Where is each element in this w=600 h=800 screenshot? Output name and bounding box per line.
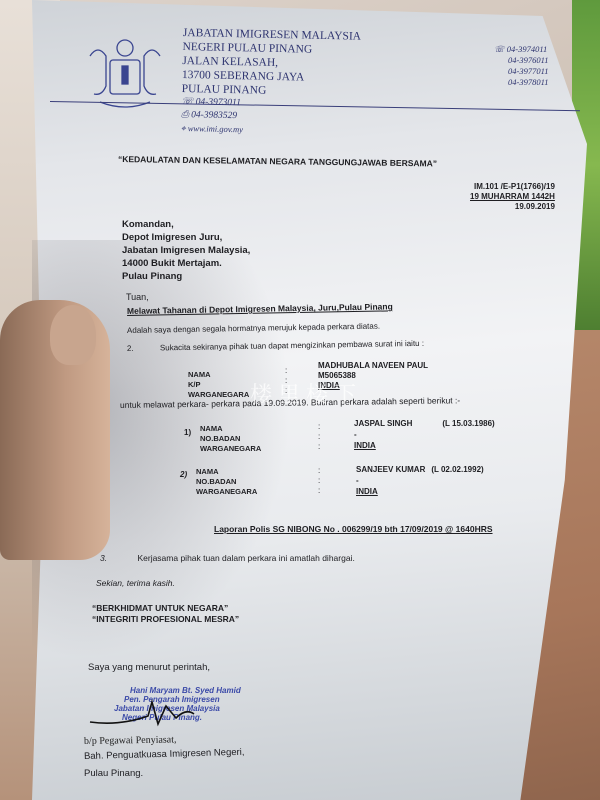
- reference-number: IM.101 /E-P1(1766)/19: [470, 182, 555, 192]
- phone-number: 04-3974011: [507, 44, 547, 54]
- label: NO.BADAN: [196, 477, 257, 487]
- watermark: 楼里楼下: [250, 378, 362, 409]
- item-number: 1): [184, 428, 191, 437]
- signatory-division: Bah. Penguatkuasa Imigresen Negeri,: [84, 747, 245, 762]
- agency-address: JABATAN IMIGRESEN MALAYSIA NEGERI PULAU …: [181, 26, 361, 138]
- paragraph-1: Adalah saya dengan segala hormatnya meru…: [127, 322, 380, 335]
- additional-phones: ☏ 04-3974011 04-3976011 04-3977011 04-39…: [494, 44, 548, 88]
- detainee-1-values: JASPAL SINGH(L 15.03.1986) - INDIA: [354, 418, 495, 451]
- telephone-icon: ☏: [181, 97, 193, 107]
- paragraph-number: 3.: [100, 553, 107, 563]
- mouse-icon: ⌖: [181, 123, 186, 133]
- letter-subject: Melawat Tahanan di Depot Imigresen Malay…: [127, 301, 393, 316]
- slogan: “BERKHIDMAT UNTUK NEGARA”: [92, 603, 239, 614]
- detainee-2-values: SANJEEV KUMAR(L 02.02.1992) - INDIA: [356, 464, 484, 497]
- paragraph-3: 3. Kerjasama pihak tuan dalam perkara in…: [100, 553, 355, 563]
- signatory-location: Pulau Pinang.: [84, 768, 143, 779]
- paragraph-number: 2.: [127, 344, 134, 353]
- paragraph-text: Kerjasama pihak tuan dalam perkara ini a…: [137, 553, 354, 563]
- label: NAMA: [196, 467, 257, 477]
- fax-icon: ⎙: [181, 110, 189, 120]
- detainee-name: JASPAL SINGH: [354, 419, 412, 428]
- recipient-line: Depot Imigresen Juru,: [122, 231, 250, 244]
- slogans: “BERKHIDMAT UNTUK NEGARA” “INTEGRITI PRO…: [92, 603, 239, 625]
- colons: :::: [318, 466, 320, 496]
- national-motto: “KEDAULATAN DAN KESELAMATAN NEGARA TANGG…: [118, 154, 437, 168]
- detainee-body-number: -: [356, 475, 484, 486]
- hijri-date: 19 MUHARRAM 1442H: [470, 192, 555, 202]
- recipient-line: Jabatan Imigresen Malaysia,: [122, 244, 250, 257]
- signatory-title: b/p Pegawai Penyiasat,: [84, 734, 177, 747]
- colons: :::: [318, 422, 320, 452]
- police-report-reference: Laporan Polis SG NIBONG No . 006299/19 b…: [214, 524, 493, 534]
- detainee-body-number: -: [354, 429, 495, 440]
- letter-document: JABATAN IMIGRESEN MALAYSIA NEGERI PULAU …: [0, 0, 600, 800]
- phone-number: 04-3976011: [508, 55, 548, 66]
- fax-number: 04-3983529: [191, 110, 237, 121]
- detainee-dob: (L 15.03.1986): [442, 419, 494, 428]
- item-number: 2): [180, 470, 187, 479]
- detainee-2-labels: NAMA NO.BADAN WARGANEGARA: [196, 467, 257, 497]
- label: K/P: [188, 380, 249, 390]
- detainee-1-labels: NAMA NO.BADAN WARGANEGARA: [200, 424, 261, 454]
- sign-off: Saya yang menurut perintah,: [88, 662, 210, 673]
- label: WARGANEGARA: [200, 444, 261, 454]
- website-link[interactable]: www.imi.gov.my: [188, 123, 243, 134]
- detainee-dob: (L 02.02.1992): [431, 465, 483, 474]
- bearer-labels: NAMA K/P WARGANEGARA: [188, 370, 249, 400]
- detainee-nationality: INDIA: [354, 440, 495, 451]
- recipient-line: Pulau Pinang: [122, 270, 250, 283]
- recipient-line: Komandan,: [122, 218, 250, 231]
- phone-number: 04-3978011: [508, 77, 548, 88]
- bearer-name: MADHUBALA NAVEEN PAUL: [318, 361, 428, 371]
- closing-remark: Sekian, terima kasih.: [96, 578, 175, 588]
- recipient-line: 14000 Bukit Mertajam.: [122, 257, 250, 270]
- telephone-icon: ☏: [494, 44, 505, 54]
- phone-number: 04-3977011: [508, 66, 548, 77]
- reference-block: IM.101 /E-P1(1766)/19 19 MUHARRAM 1442H …: [470, 182, 555, 212]
- stamp-line: Hani Maryam Bt. Syed Hamid: [130, 686, 241, 695]
- paragraph-2: 2. Sukacita sekiranya pihak tuan dapat m…: [127, 339, 424, 353]
- label: NAMA: [188, 370, 249, 380]
- paragraph-text: Sukacita sekiranya pihak tuan dapat meng…: [160, 339, 424, 353]
- label: NAMA: [200, 424, 261, 434]
- detainee-name: SANJEEV KUMAR: [356, 465, 425, 474]
- label: NO.BADAN: [200, 434, 261, 444]
- recipient-address: Komandan, Depot Imigresen Juru, Jabatan …: [122, 218, 250, 283]
- signature: [88, 698, 218, 728]
- salutation: Tuan,: [126, 292, 149, 302]
- slogan: “INTEGRITI PROFESIONAL MESRA”: [92, 614, 239, 625]
- detainee-nationality: INDIA: [356, 486, 484, 497]
- label: WARGANEGARA: [196, 487, 257, 497]
- letter-date: 19.09.2019: [470, 202, 555, 212]
